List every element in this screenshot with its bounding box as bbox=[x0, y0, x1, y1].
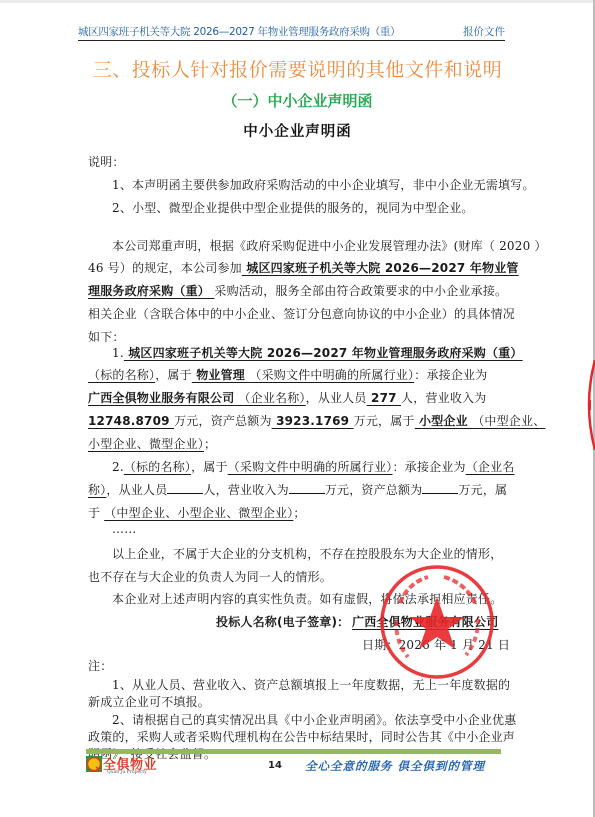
text: 万元，资产总额为 bbox=[174, 414, 272, 428]
subject-name-field: 城区四家班子机关等大院 2026—2027 年物业管理服务政府采购（重） bbox=[124, 346, 523, 360]
signature-label: 投标人名称(电子签章)： bbox=[216, 613, 349, 630]
text: ； bbox=[293, 506, 305, 520]
signature-company: 广西全俱物业服务有限公司 bbox=[352, 613, 498, 630]
text: ，从业人员 bbox=[306, 391, 367, 405]
header-document-type: 报价文件 bbox=[463, 24, 505, 39]
company-label: （企业名 bbox=[466, 460, 515, 474]
enterprise-1-line-4: 12748.8709 万元，资产总额为 3923.1769 万元，属于 小型企业… bbox=[88, 412, 545, 429]
company-label: （企业名称） bbox=[234, 391, 305, 405]
industry-label: （采购文件中明确的所属行业） bbox=[228, 460, 393, 474]
note-2b: 政策的，采购人或者采购代理机构在公告中标结果时，同时公告其《中小企业声 bbox=[88, 728, 515, 745]
page-number: 14 bbox=[268, 760, 282, 771]
text: 人，营业收入为 bbox=[401, 391, 486, 405]
text: 于 bbox=[88, 506, 100, 520]
footer-slogan: 全心全意的服务 俱全俱到的管理 bbox=[305, 758, 485, 774]
instructions-label: 说明： bbox=[88, 153, 125, 170]
enterprise-1-line-3: 广西全俱物业服务有限公司 （企业名称），从业人员 277 人，营业收入为 bbox=[88, 389, 486, 406]
project-name-field-cont: 理服务政府采购（重） bbox=[88, 284, 214, 298]
type-options: （中型企业、小型企业、微型企业） bbox=[104, 506, 293, 520]
declaration-line-4: 相关企业（含联合体中的中小企业、签订分包意向协议的中小企业）的具体情况 bbox=[88, 305, 515, 322]
page-top-shadow bbox=[0, 0, 595, 3]
text: ：承接企业为 bbox=[414, 368, 487, 382]
text: ：承接企业为 bbox=[392, 460, 465, 474]
instruction-item-2: 2、小型、微型企业提供中型企业提供的服务的，视同为中型企业。 bbox=[112, 199, 474, 216]
industry-field: 物业管理 bbox=[192, 368, 250, 382]
instruction-item-1: 1、本声明函主要供参加政府采购活动的中小企业填写，非中小企业无需填写。 bbox=[112, 176, 535, 193]
enterprise-2-line-1: 2.（标的名称），属于（采购文件中明确的所属行业）：承接企业为（企业名 bbox=[112, 458, 515, 475]
text: ，属于 bbox=[191, 460, 228, 474]
note-2a: 2、请根据自己的真实情况出具《中小企业声明函》。依法享受中小企业优惠 bbox=[112, 711, 516, 728]
employees-field: 277 bbox=[367, 391, 401, 405]
declaration-text: 46 号）的规定，本公司参加 bbox=[88, 261, 242, 275]
subject-label: （标的名称） bbox=[124, 460, 191, 474]
declaration-line-3: 理服务政府采购（重） 采购活动，服务全部由符合政策要求的中小企业承接。 bbox=[88, 282, 507, 299]
enterprise-index: 2. bbox=[112, 460, 124, 474]
enterprise-1-line-5: 小型企业、微型企业）； bbox=[88, 435, 216, 452]
logo-subtitle: Quan Ju Property bbox=[107, 770, 147, 775]
text: ； bbox=[204, 437, 216, 451]
enterprise-1-line-2: （标的名称），属于 物业管理 （采购文件中明确的所属行业）：承接企业为 bbox=[88, 366, 487, 383]
text: 万元，资产总额为 bbox=[325, 483, 423, 497]
header-project-title: 城区四家班子机关等大院 2026—2027 年物业管理服务政府采购（重） bbox=[78, 24, 400, 39]
signature-date: 日期：2026 年 1 月 21 日 bbox=[362, 636, 510, 653]
enterprise-type-field: 小型企业 bbox=[415, 414, 473, 428]
note-1b: 新成立企业可不填报。 bbox=[88, 693, 210, 710]
text: 万元，属于 bbox=[354, 414, 415, 428]
declaration-line-1: 本公司郑重声明，根据《政府采购促进中小企业发展管理办法》(财库（ 2020 ） bbox=[112, 237, 547, 254]
employees-blank bbox=[167, 481, 203, 494]
assets-field: 3923.1769 bbox=[272, 414, 354, 428]
logo-q-icon bbox=[86, 756, 102, 772]
text: ，从业人员 bbox=[106, 483, 167, 497]
statement-1a: 以上企业，不属于大企业的分支机构，不存在控股股东为大企业的情形， bbox=[112, 545, 502, 562]
revenue-field: 12748.8709 bbox=[88, 414, 174, 428]
form-title: 中小企业声明函 bbox=[0, 120, 595, 141]
type-options: 小型企业、微型企业） bbox=[88, 437, 204, 451]
text: 人，营业收入为 bbox=[203, 483, 288, 497]
subject-label: （标的名称） bbox=[88, 368, 155, 382]
enterprise-2-line-3: 于 （中型企业、小型企业、微型企业）； bbox=[88, 504, 306, 521]
text: ，属于 bbox=[155, 368, 192, 382]
assets-blank bbox=[422, 481, 458, 494]
statement-1b: 也不存在与大企业的负责人为同一人的情形。 bbox=[88, 568, 332, 585]
section-heading: 三、投标人针对报价需要说明的其他文件和说明 bbox=[0, 55, 595, 82]
declaration-text: 采购活动，服务全部由符合政策要求的中小企业承接。 bbox=[214, 284, 507, 298]
industry-label: （采购文件中明确的所属行业） bbox=[249, 368, 414, 382]
enterprise-1-line-1: 1. 城区四家班子机关等大院 2026—2027 年物业管理服务政府采购（重） bbox=[112, 344, 523, 361]
notes-label: 注： bbox=[88, 657, 112, 674]
enterprise-2-line-2: 称），从业人员人，营业收入为万元，资产总额为万元，属 bbox=[88, 481, 507, 498]
page-header: 城区四家班子机关等大院 2026—2027 年物业管理服务政府采购（重） 报价文… bbox=[78, 22, 505, 41]
company-name-field: 广西全俱物业服务有限公司 bbox=[88, 391, 234, 405]
type-options: （中型企业、 bbox=[472, 414, 545, 428]
company-label: 称） bbox=[88, 483, 106, 497]
revenue-blank bbox=[289, 481, 325, 494]
declaration-line-5: 如下： bbox=[88, 328, 125, 345]
company-logo: 全俱物业 Quan Ju Property bbox=[86, 756, 164, 776]
statement-2: 本企业对上述声明内容的真实性负责。如有虚假，将依法承担相应责任。 bbox=[112, 590, 502, 607]
note-1a: 1、从业人员、营业收入、资产总额填报上一年度数据，无上一年度数据的 bbox=[112, 676, 510, 693]
subsection-heading: （一）中小企业声明函 bbox=[0, 90, 595, 111]
ellipsis: …… bbox=[112, 522, 136, 536]
project-name-field: 城区四家班子机关等大院 2026—2027 年物业管 bbox=[242, 261, 519, 275]
declaration-line-2: 46 号）的规定，本公司参加 城区四家班子机关等大院 2026—2027 年物业… bbox=[88, 259, 519, 276]
text: 万元，属 bbox=[458, 483, 507, 497]
enterprise-index: 1. bbox=[112, 346, 124, 360]
